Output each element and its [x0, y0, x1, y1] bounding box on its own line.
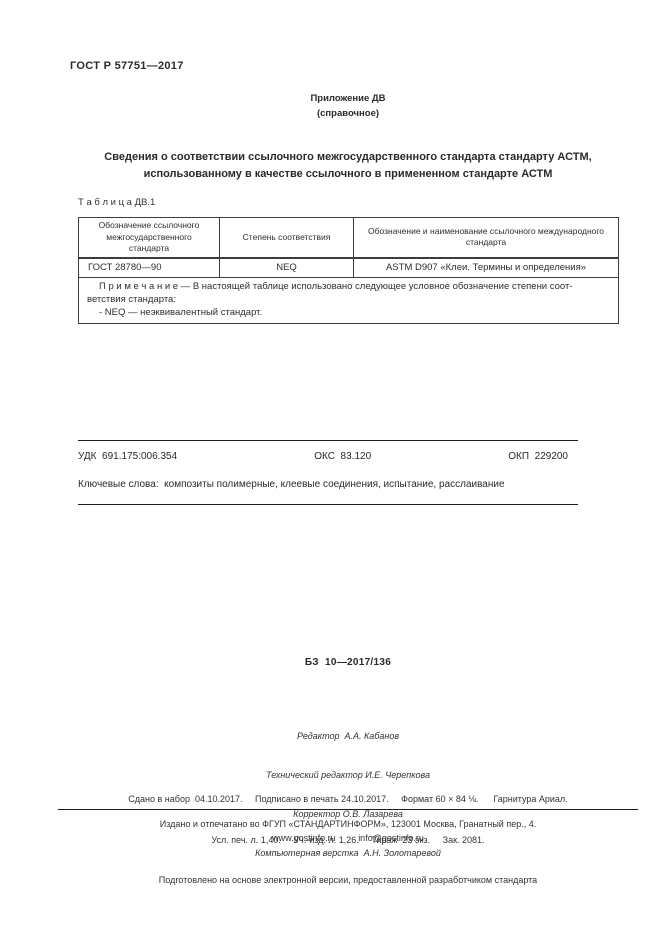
credit-editor: Редактор А.А. Кабанов: [78, 730, 618, 743]
classification-codes-row: УДК 691.175:006.354 ОКС 83.120 ОКП 22920…: [78, 451, 568, 462]
appendix-title: Приложение ДВ: [78, 91, 618, 106]
appendix-heading-line2: использованному в качестве ссылочного в …: [78, 166, 618, 183]
reference-table: Обозначение ссылочного межгосударственно…: [78, 217, 619, 324]
publisher-block: Издано и отпечатано во ФГУП «СТАНДАРТИНФ…: [58, 817, 638, 845]
imprint-line-dates: Сдано в набор 04.10.2017. Подписано в пе…: [58, 793, 638, 807]
udk-code: УДК 691.175:006.354: [78, 451, 177, 462]
divider-publisher: [58, 809, 638, 810]
table-note-line2: ветствия стандарта:: [87, 293, 610, 306]
appendix-header: Приложение ДВ (справочное): [78, 91, 618, 121]
divider-above-codes: [78, 440, 578, 441]
table-cell-astm: ASTM D907 «Клеи. Термины и определения»: [354, 258, 619, 278]
appendix-heading: Сведения о соответствии ссылочного межго…: [78, 149, 618, 183]
table-header-cell-degree: Степень соответствия: [220, 218, 354, 258]
document-page: ГОСТ Р 57751—2017 Приложение ДВ (справоч…: [0, 0, 661, 936]
publisher-links: www.gostinfo.ru info@gostinfo.ru: [58, 831, 638, 845]
table-cell-gost: ГОСТ 28780—90: [79, 258, 220, 278]
table-note-row: П р и м е ч а н и е — В настоящей таблиц…: [79, 277, 619, 323]
table-note: П р и м е ч а н и е — В настоящей таблиц…: [79, 277, 619, 323]
publisher-email: info@gostinfo.ru: [358, 831, 424, 845]
table-cell-degree: NEQ: [220, 258, 354, 278]
appendix-heading-line1: Сведения о соответствии ссылочного межго…: [78, 149, 618, 166]
table-header-cell-international: Обозначение и наименование ссылочного ме…: [354, 218, 619, 258]
table-header-cell-domestic: Обозначение ссылочного межгосударственно…: [79, 218, 220, 258]
table-label: Т а б л и ц а ДВ.1: [78, 197, 155, 208]
table-row: ГОСТ 28780—90 NEQ ASTM D907 «Клеи. Терми…: [79, 258, 619, 278]
publisher-website: www.gostinfo.ru: [272, 831, 336, 845]
appendix-subtitle: (справочное): [78, 106, 618, 121]
imprint-line-prepared: Подготовлено на основе электронной верси…: [58, 874, 638, 888]
publisher-address: Издано и отпечатано во ФГУП «СТАНДАРТИНФ…: [58, 817, 638, 831]
standard-number: ГОСТ Р 57751—2017: [70, 60, 184, 72]
divider-below-keywords: [78, 504, 578, 505]
okp-code: ОКП 229200: [508, 451, 568, 462]
keywords-line: Ключевые слова: композиты полимерные, кл…: [78, 479, 618, 490]
table-note-line3: - NEQ — неэквивалентный стандарт.: [87, 306, 610, 319]
oks-code: ОКС 83.120: [314, 451, 371, 462]
reference-table-wrap: Обозначение ссылочного межгосударственно…: [78, 217, 618, 324]
table-note-line1: П р и м е ч а н и е — В настоящей таблиц…: [87, 280, 610, 293]
table-header-row: Обозначение ссылочного межгосударственно…: [79, 218, 619, 258]
bz-number: БЗ 10—2017/136: [78, 657, 618, 668]
